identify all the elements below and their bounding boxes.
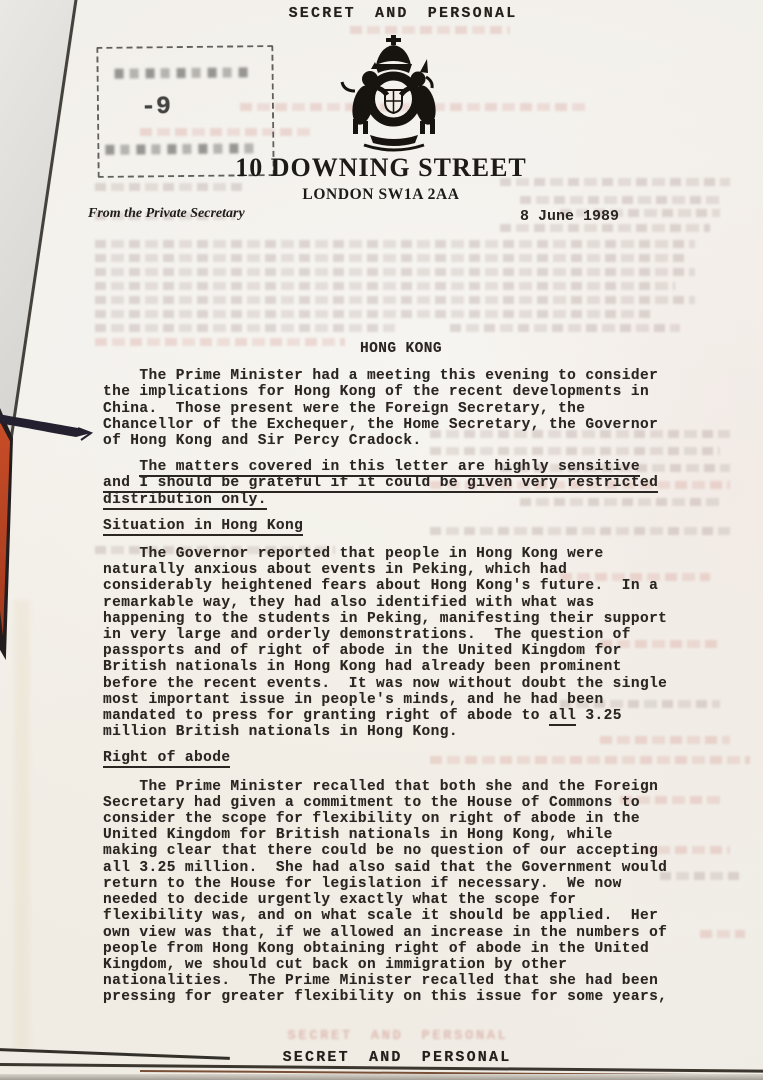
stamp-smudge-bottom [105, 143, 255, 155]
classification-header: SECRET AND PERSONAL [289, 5, 518, 22]
document-line: all 3.25 million. She had also said that… [103, 860, 699, 876]
document-line: making clear that there could be no ques… [103, 843, 699, 859]
document-line: naturally anxious about events in Peking… [103, 562, 699, 578]
document-line: and I should be grateful if it could be … [103, 475, 699, 491]
paragraph: The matters covered in this letter are h… [103, 459, 699, 508]
bleed-through-line [95, 324, 395, 332]
document-line: mandated to press for granting right of … [103, 708, 699, 724]
document-line: The matters covered in this letter are h… [103, 459, 699, 475]
document-line: flexibility was, and on what scale it sh… [103, 908, 699, 924]
document-line: The Prime Minister recalled that both sh… [103, 779, 699, 795]
royal-coat-of-arms-icon [330, 35, 458, 153]
document-line: people from Hong Kong obtaining right of… [103, 941, 699, 957]
paragraph: The Governor reported that people in Hon… [103, 546, 699, 740]
document-line: distribution only. [103, 492, 699, 508]
document-line: British nationals in Hong Kong had alrea… [103, 659, 699, 675]
document-line: considerably heightened fears about Hong… [103, 578, 699, 594]
bleed-through-line [95, 268, 695, 276]
document-line: remarkable way, they had also identified… [103, 595, 699, 611]
document-line: of Hong Kong and Sir Percy Cradock. [103, 433, 699, 449]
document-line: return to the House for legislation if n… [103, 876, 699, 892]
page-edge-top-left [0, 0, 92, 462]
bleed-through-line [500, 224, 710, 232]
document-line: The Governor reported that people in Hon… [103, 546, 699, 562]
letterhead-address: 10 DOWNING STREET [235, 153, 527, 183]
document-line: United Kingdom for British nationals in … [103, 827, 699, 843]
letter-date: 8 June 1989 [520, 208, 619, 225]
bleed-through-line [350, 26, 510, 34]
treasury-tag-thread [0, 402, 98, 446]
page-stack-edge [0, 1074, 763, 1080]
section-heading: Situation in Hong Kong [103, 518, 699, 534]
paragraph: The Prime Minister had a meeting this ev… [103, 368, 699, 449]
bleed-through-line [95, 296, 695, 304]
document-line: Secretary had given a commitment to the … [103, 795, 699, 811]
document-line: most important issue in people's minds, … [103, 692, 699, 708]
document-line: consider the scope for flexibility on ri… [103, 811, 699, 827]
document-line: in very large and orderly demonstrations… [103, 627, 699, 643]
bleed-through-line [700, 930, 745, 938]
document-line: Kingdom, we should cut back on immigrati… [103, 957, 699, 973]
document-line: pressing for greater flexibility on this… [103, 989, 699, 1005]
document-body: HONG KONG The Prime Minister had a meeti… [103, 341, 699, 1016]
paragraph: The Prime Minister recalled that both sh… [103, 779, 699, 1006]
stamp-day-number: -9 [141, 92, 171, 121]
page-edge-bottom-left [0, 1048, 230, 1060]
bleed-through-line [95, 240, 695, 248]
document-line: The Prime Minister had a meeting this ev… [103, 368, 699, 384]
document-line: China. Those present were the Foreign Se… [103, 401, 699, 417]
document-line: nationalities. The Prime Minister recall… [103, 973, 699, 989]
document-line: passports and of right of abode in the U… [103, 643, 699, 659]
document-line: needed to decide urgently exactly what t… [103, 892, 699, 908]
document-line: happening to the students in Peking, man… [103, 611, 699, 627]
letterhead-city: LONDON SW1A 2AA [302, 186, 459, 204]
bleed-through-line [450, 324, 680, 332]
paper-discoloration [14, 600, 30, 1050]
bleed-through-line [95, 183, 245, 191]
document-line: the implications for Hong Kong of the re… [103, 384, 699, 400]
stamp-smudge-top [115, 67, 250, 78]
bleed-through-line [95, 310, 655, 318]
document-line: before the recent events. It was now wit… [103, 676, 699, 692]
bleed-through-line [95, 282, 675, 290]
section-heading: Right of abode [103, 750, 699, 766]
bleed-through-line [500, 178, 730, 186]
scanned-letter-page: SECRET AND PERSONAL SECRET AND PERSONAL … [0, 0, 763, 1080]
classification-footer: SECRET AND PERSONAL [283, 1049, 512, 1066]
document-line: million British nationals in Hong Kong. [103, 724, 699, 740]
bleed-through-classification: SECRET AND PERSONAL [287, 1028, 508, 1044]
bleed-through-line [95, 254, 685, 262]
bleed-through-line [520, 196, 720, 204]
document-line: own view was that, if we allowed an incr… [103, 925, 699, 941]
document-line: Chancellor of the Exchequer, the Home Se… [103, 417, 699, 433]
document-title: HONG KONG [103, 341, 699, 357]
from-private-secretary-label: From the Private Secretary [88, 206, 245, 222]
